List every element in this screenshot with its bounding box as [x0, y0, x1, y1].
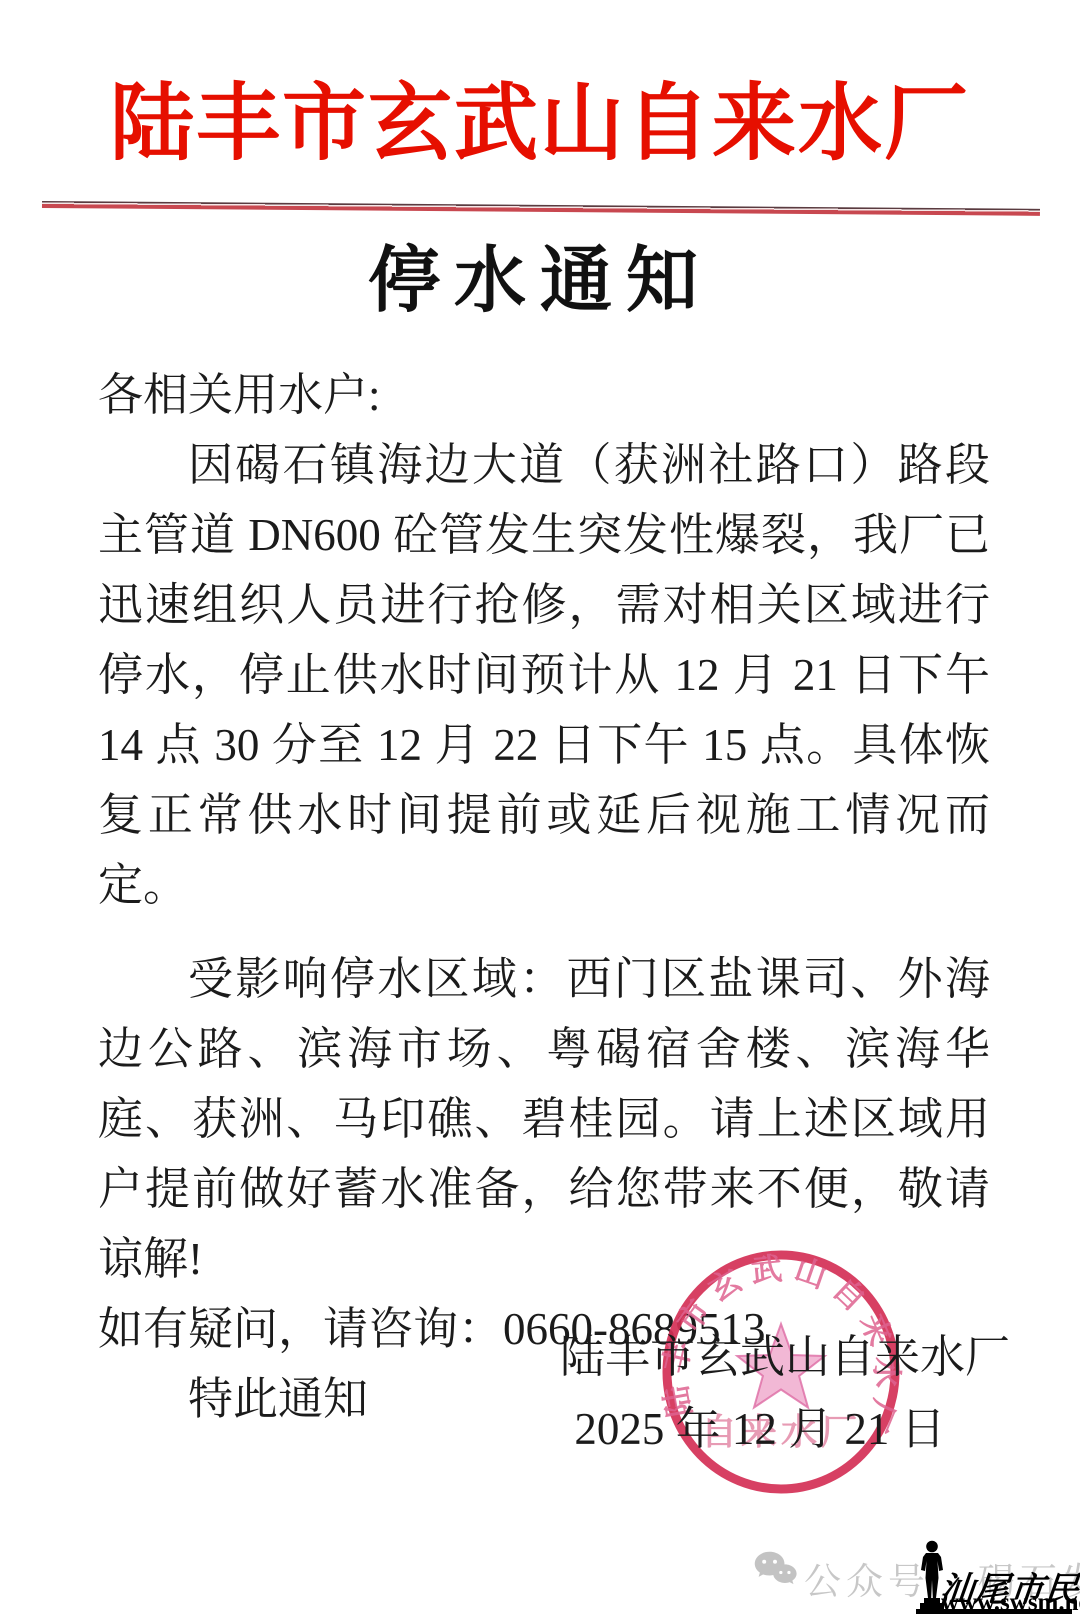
logo-underline — [916, 1609, 1072, 1614]
org-title: 陆丰市玄武山自来水厂 — [0, 56, 1080, 177]
paragraph-incident: 因碣石镇海边大道（获洲社路口）路段主管道 DN600 砼管发生突发性爆裂，我厂已… — [98, 430, 990, 920]
signature-org-name: 陆丰市玄武山自来水厂 — [560, 1320, 960, 1385]
header-divider-line — [42, 201, 1040, 216]
paragraph-affected-areas: 受影响停水区域：西门区盐课司、外海边公路、滨海市场、粤碣宿舍楼、滨海华庭、获洲、… — [98, 944, 990, 1294]
wechat-icon — [752, 1550, 798, 1586]
salutation-line: 各相关用水户: — [98, 360, 990, 430]
signature-date: 2025 年 12 月 21 日 — [560, 1392, 960, 1457]
doc-title: 停水通知 — [0, 222, 1080, 326]
water-outage-notice-document: 陆丰市玄武山自来水厂 停水通知 各相关用水户: 因碣石镇海边大道（获洲社路口）路… — [0, 0, 1080, 1615]
